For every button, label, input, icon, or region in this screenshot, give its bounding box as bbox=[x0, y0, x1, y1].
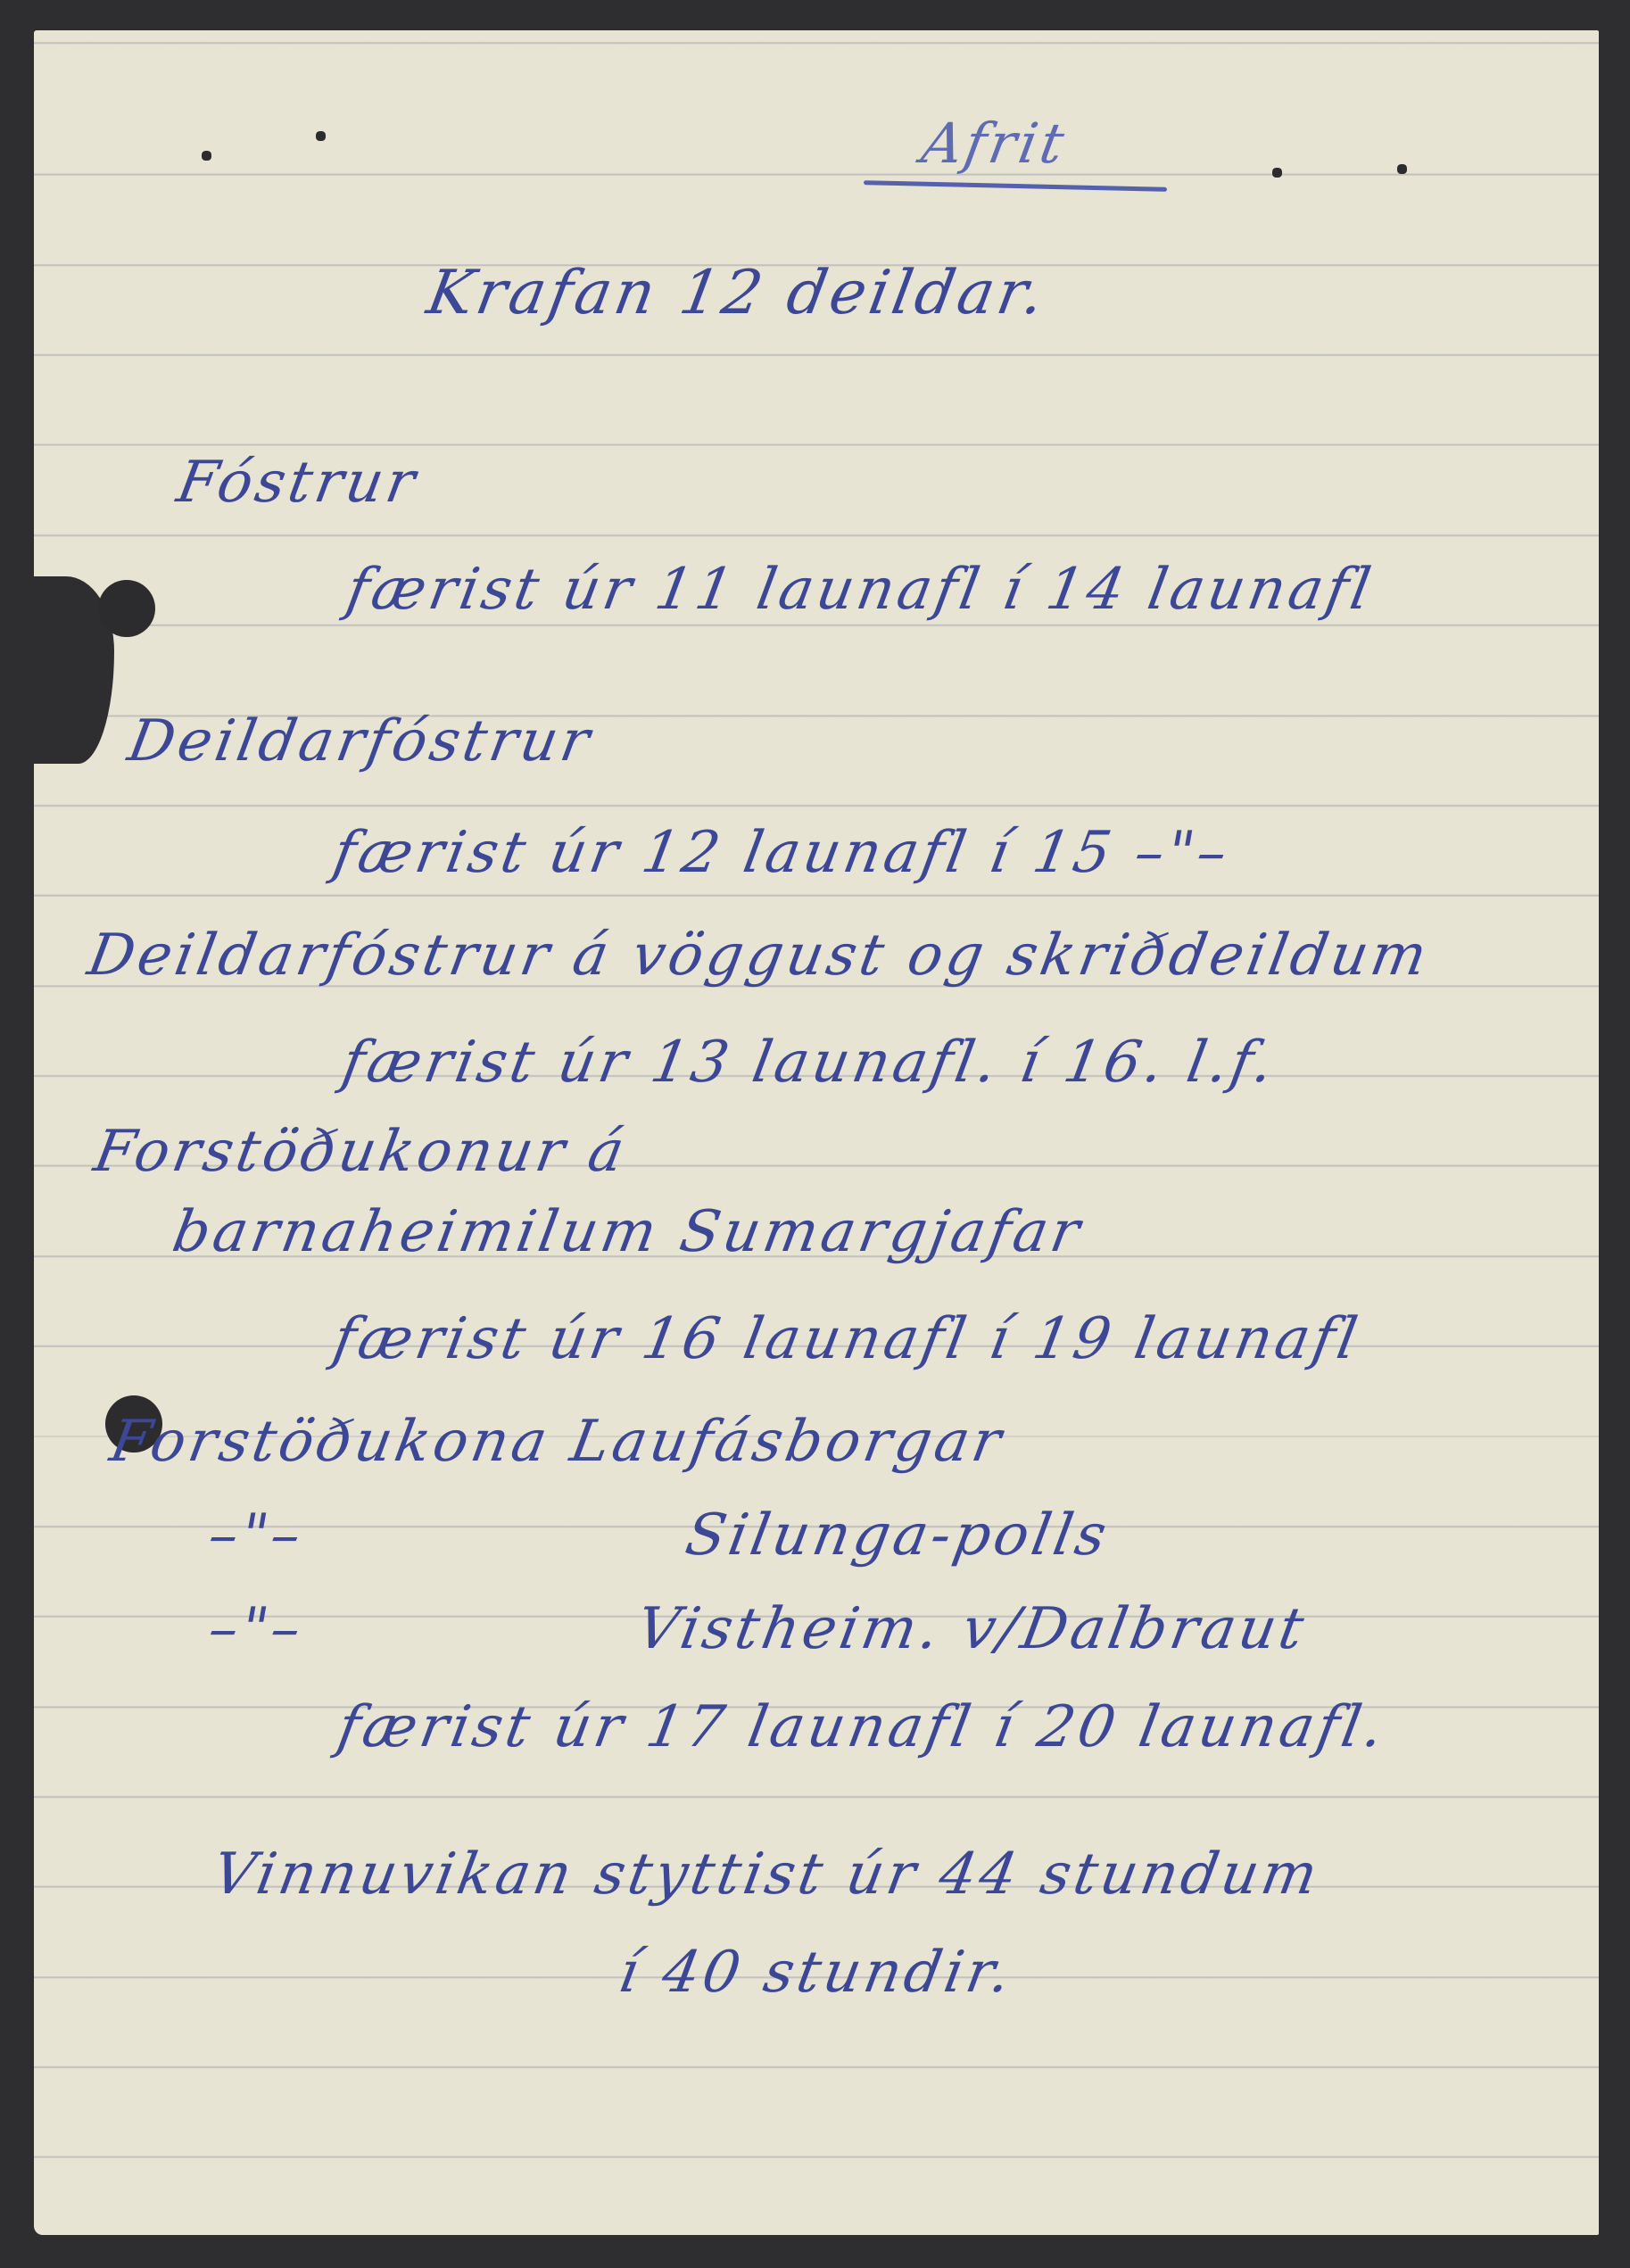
mark-speck bbox=[1397, 164, 1407, 174]
mark-speck bbox=[202, 151, 211, 161]
pay-grade-change: færist úr 11 launafl í 14 launafl bbox=[342, 557, 1378, 623]
punch-hole-top bbox=[98, 580, 155, 637]
section-heading: Deildarfóstrur bbox=[123, 708, 598, 774]
ditto-mark: –"– bbox=[203, 1596, 309, 1662]
section-heading-line2: barnaheimilum Sumargjafar bbox=[168, 1199, 1088, 1265]
paper-sheet: Afrit Krafan 12 deildar. Fóstrur færist … bbox=[34, 30, 1599, 2235]
institution-name: Silunga-polls bbox=[681, 1502, 1114, 1569]
institution-name: Vistheim. v/Dalbraut bbox=[632, 1596, 1311, 1662]
working-week-line2: í 40 stundir. bbox=[614, 1940, 1019, 2006]
pay-grade-change: færist úr 16 launafl í 19 launafl bbox=[328, 1306, 1365, 1372]
ditto-mark: –"– bbox=[203, 1502, 309, 1569]
document-title: Krafan 12 deildar. bbox=[422, 258, 1053, 328]
pay-grade-change: færist úr 13 launafl. í 16. l.f. bbox=[337, 1030, 1281, 1096]
section-heading: Deildarfóstrur á vöggust og skriðdeildum bbox=[83, 923, 1435, 989]
section-heading: Forstöðukona Laufásborgar bbox=[105, 1409, 1009, 1475]
mark-speck bbox=[316, 131, 326, 141]
pay-grade-change: færist úr 17 launafl í 20 launafl. bbox=[333, 1694, 1392, 1760]
copy-stamp: Afrit bbox=[917, 111, 1072, 176]
pay-grade-change: færist úr 12 launafl í 15 –"– bbox=[328, 820, 1236, 886]
working-week-line1: Vinnuvikan styttist úr 44 stundum bbox=[208, 1842, 1326, 1908]
section-heading: Forstöðukonur á bbox=[89, 1119, 633, 1185]
stamp-underline bbox=[864, 180, 1167, 192]
section-heading: Fóstrur bbox=[172, 450, 423, 516]
mark-speck bbox=[1272, 168, 1282, 178]
